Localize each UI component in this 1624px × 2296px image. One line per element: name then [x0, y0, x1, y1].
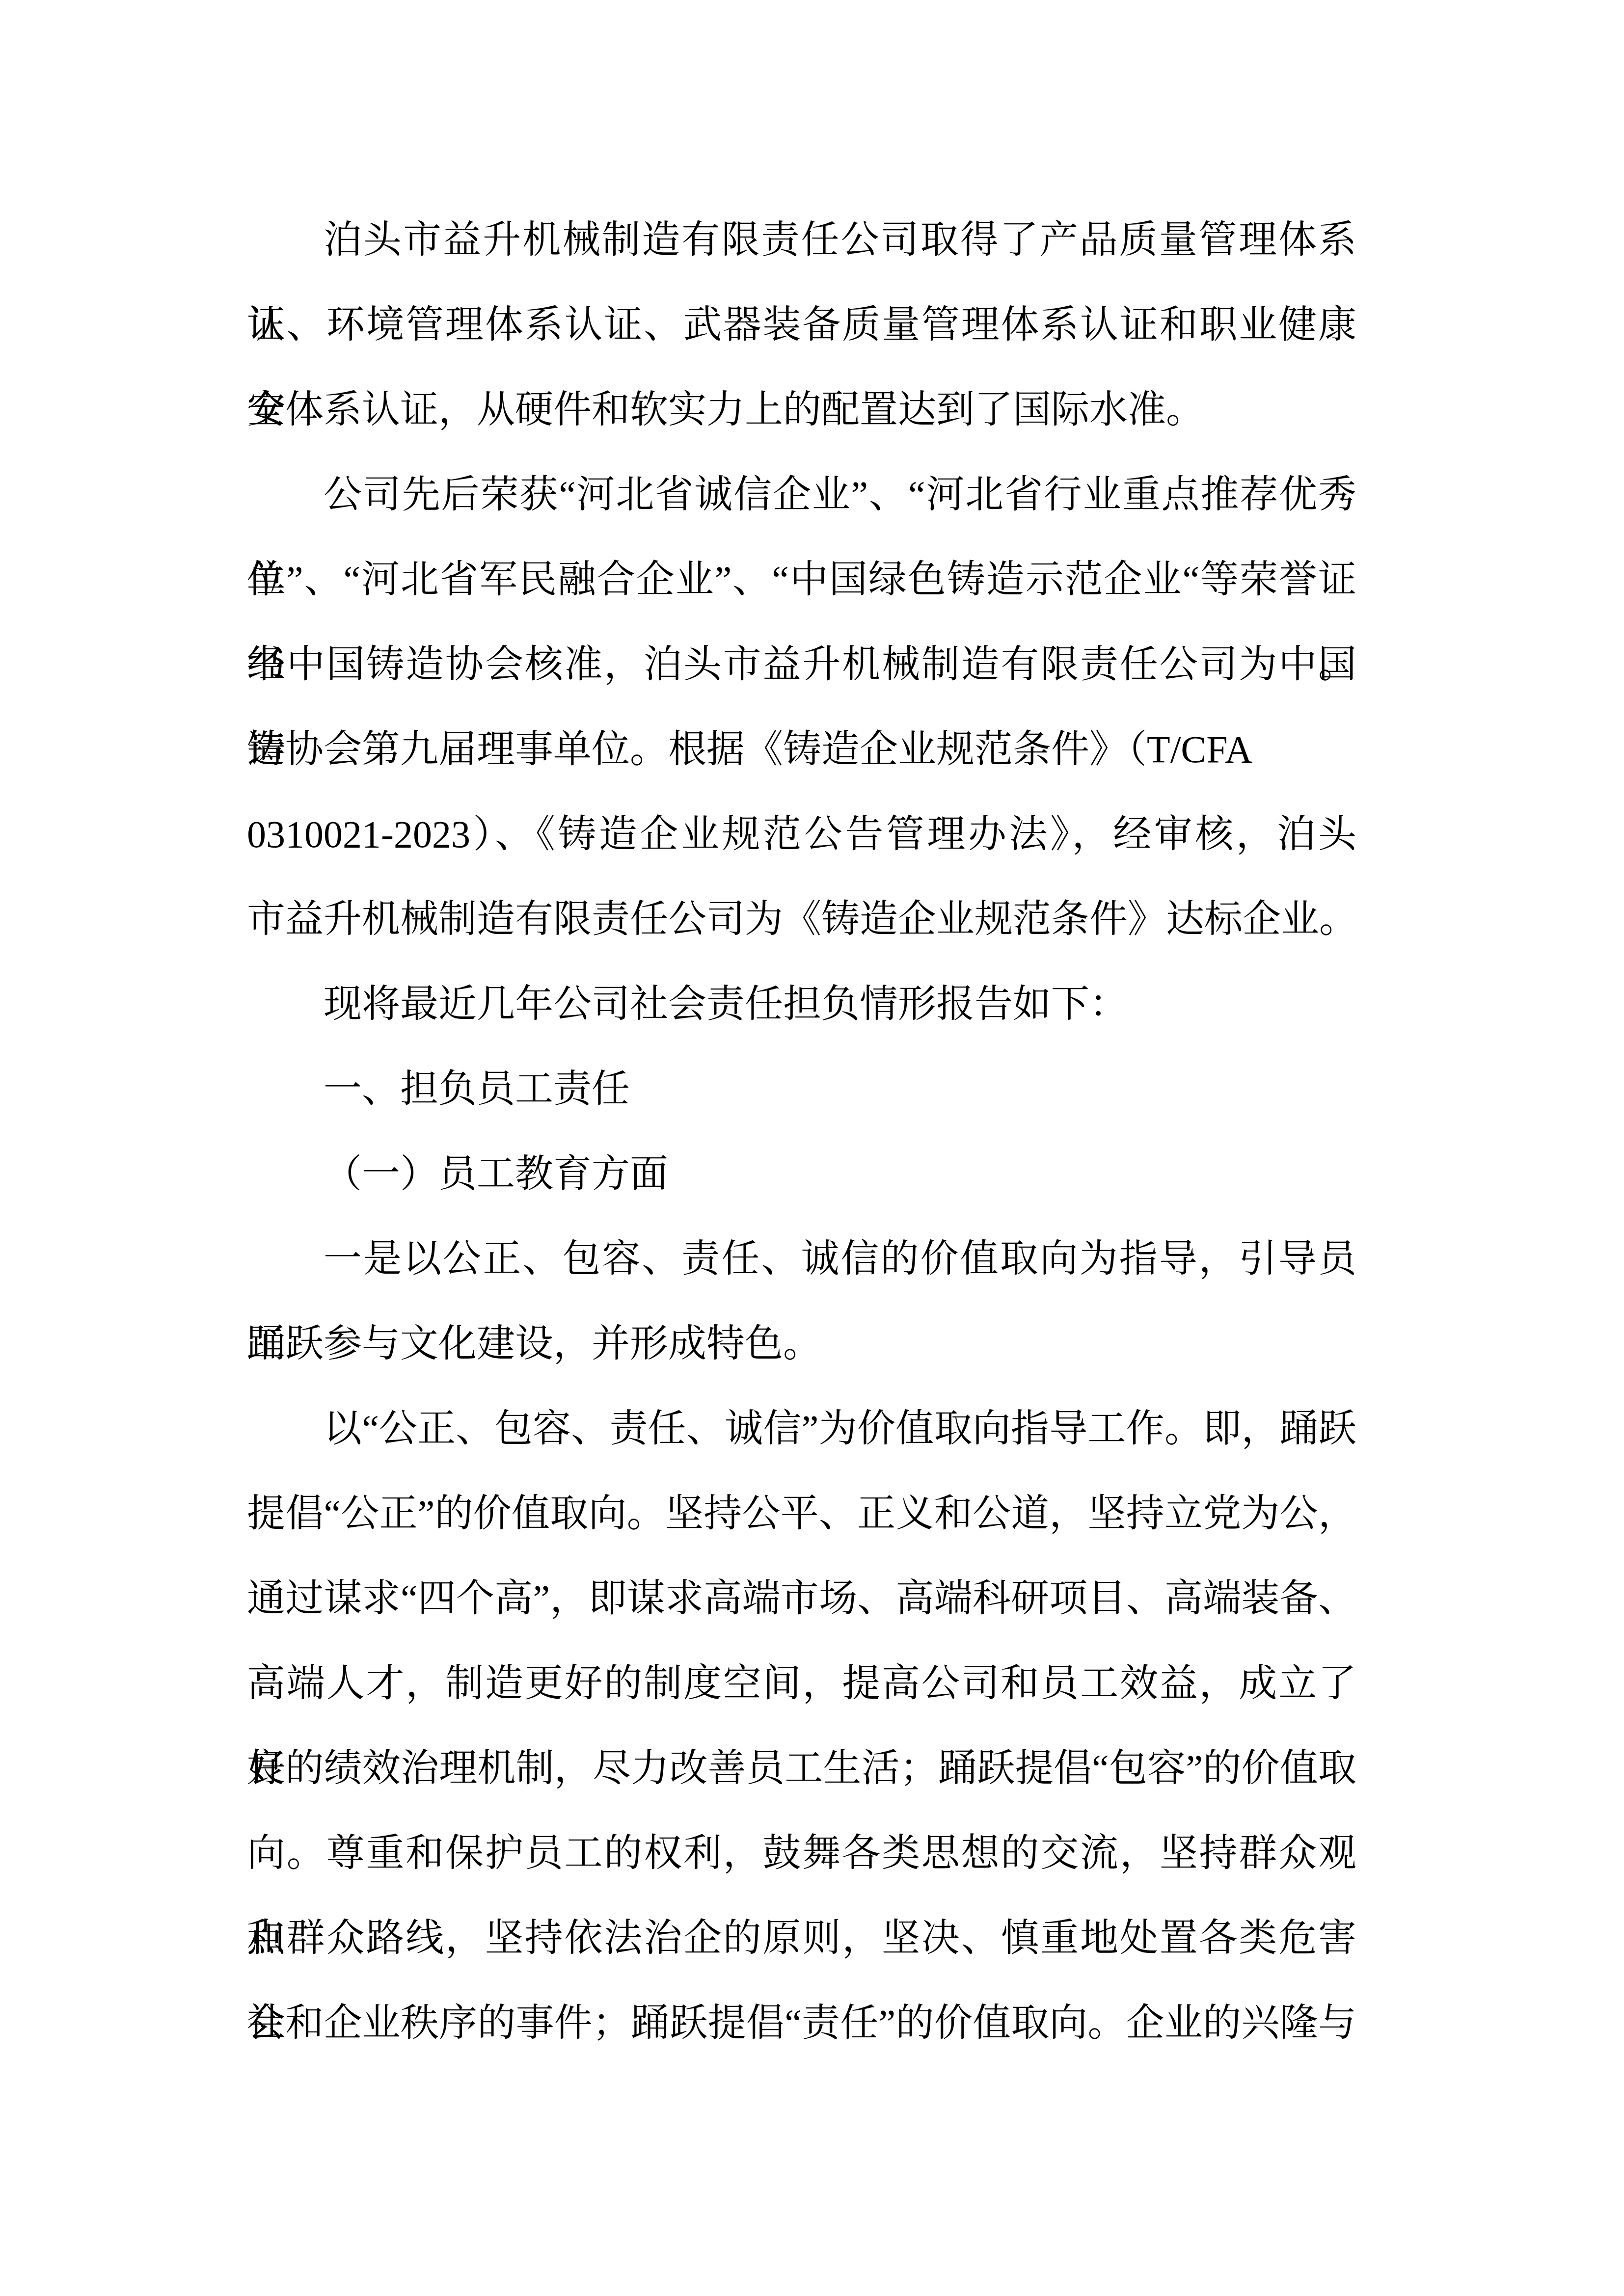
text-line: 高端人才，制造更好的制度空间，提高公司和员工效益，成立了良: [247, 1641, 1356, 1726]
text-line: 好的绩效治理机制，尽力改善员工生活；踊跃提倡“包容”的价值取: [247, 1726, 1356, 1811]
text-line: 现将最近几年公司社会责任担负情形报告如下：: [247, 961, 1356, 1046]
text-line: 踊跃参与文化建设，并形成特色。: [247, 1301, 1356, 1386]
text-line: 通过谋求“四个高”，即谋求高端市场、高端科研项目、高端装备、: [247, 1556, 1356, 1641]
text-line: 0310021-2023）、《铸造企业规范公告管理办法》，经审核，泊头: [247, 792, 1356, 877]
text-line: 公司先后荣获“河北省诚信企业”、“河北省行业重点推荐优秀单: [247, 452, 1356, 537]
text-line: 向。尊重和保护员工的权利，鼓舞各类思想的交流，坚持群众观点: [247, 1811, 1356, 1896]
body-paragraph: 现将最近几年公司社会责任担负情形报告如下：: [247, 961, 1356, 1046]
text-line: 一是以公正、包容、责任、诚信的价值取向为指导，引导员工: [247, 1216, 1356, 1301]
heading-paragraph: 一、担负员工责任: [247, 1046, 1356, 1131]
body-paragraph: 泊头市益升机械制造有限责任公司取得了产品质量管理体系认证、环境管理体系认证、武器…: [247, 197, 1356, 452]
heading-line: （一）员工教育方面: [247, 1131, 1356, 1216]
body-paragraph: 以“公正、包容、责任、诚信”为价值取向指导工作。即，踊跃提倡“公正”的价值取向。…: [247, 1386, 1356, 2065]
text-line: 经中国铸造协会核准，泊头市益升机械制造有限责任公司为中国铸: [247, 622, 1356, 707]
document-content: 泊头市益升机械制造有限责任公司取得了产品质量管理体系认证、环境管理体系认证、武器…: [247, 197, 1356, 2065]
heading-line: 一、担负员工责任: [247, 1046, 1356, 1131]
body-paragraph: 一是以公正、包容、责任、诚信的价值取向为指导，引导员工踊跃参与文化建设，并形成特…: [247, 1216, 1356, 1386]
text-line: 会和企业秩序的事件；踊跃提倡“责任”的价值取向。企业的兴隆与: [247, 1980, 1356, 2065]
document-page: 泊头市益升机械制造有限责任公司取得了产品质量管理体系认证、环境管理体系认证、武器…: [0, 0, 1624, 2296]
text-line: 证、环境管理体系认证、武器装备质量管理体系认证和职业健康安: [247, 282, 1356, 367]
text-line: 以“公正、包容、责任、诚信”为价值取向指导工作。即，踊跃: [247, 1386, 1356, 1471]
text-line: 和群众路线，坚持依法治企的原则，坚决、慎重地处置各类危害社: [247, 1896, 1356, 1980]
text-line: 造协会第九届理事单位。根据《铸造企业规范条件》（T/CFA: [247, 707, 1356, 792]
text-line: 全体系认证，从硬件和软实力上的配置达到了国际水准。: [247, 367, 1356, 452]
text-line: 市益升机械制造有限责任公司为《铸造企业规范条件》达标企业。: [247, 877, 1356, 961]
body-paragraph: 公司先后荣获“河北省诚信企业”、“河北省行业重点推荐优秀单位”、“河北省军民融合…: [247, 452, 1356, 961]
heading-paragraph: （一）员工教育方面: [247, 1131, 1356, 1216]
text-line: 提倡“公正”的价值取向。坚持公平、正义和公道，坚持立党为公，: [247, 1471, 1356, 1556]
text-line: 泊头市益升机械制造有限责任公司取得了产品质量管理体系认: [247, 197, 1356, 282]
text-line: 位”、“河北省军民融合企业”、“中国绿色铸造示范企业“等荣誉证书。: [247, 537, 1356, 622]
